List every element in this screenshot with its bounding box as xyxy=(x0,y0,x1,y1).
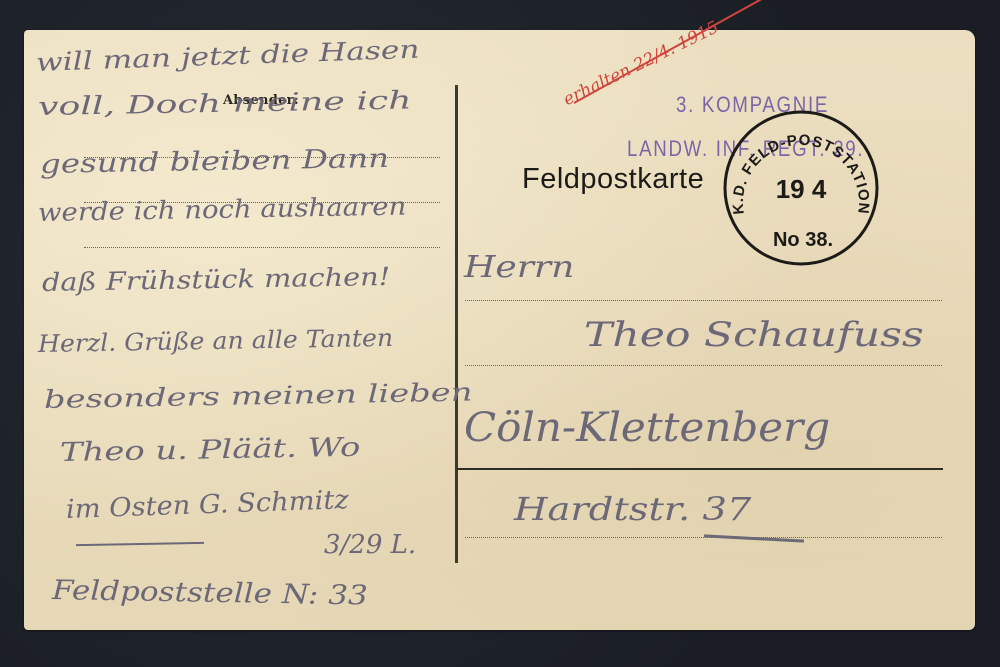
street-underline-mark xyxy=(704,534,804,542)
postmark-number: No 38. xyxy=(773,229,833,251)
message-line: besonders meinen lieben xyxy=(44,378,473,414)
message-line: 3/29 L. xyxy=(324,530,416,560)
postmark-icon: K.D. FELD-POSTSTATION 19 4 No 38. xyxy=(721,108,881,268)
underline-mark xyxy=(76,542,204,546)
postcard: Absender: will man jetzt die Hasen voll,… xyxy=(24,30,975,630)
message-line: voll, Doch meine ich xyxy=(38,85,412,121)
address-city: Cöln-Klettenberg xyxy=(464,405,830,451)
message-line: im Osten G. Schmitz xyxy=(65,485,349,525)
address-name: Theo Schaufuss xyxy=(584,315,924,355)
message-line: Feldpoststelle N: 33 xyxy=(52,575,368,612)
address-salutation: Herrn xyxy=(464,250,574,285)
card-title: Feldpostkarte xyxy=(522,163,704,196)
message-line: gesund bleiben Dann xyxy=(40,144,390,180)
message-line: daß Frühstück machen! xyxy=(42,262,391,297)
address-line-2 xyxy=(465,365,942,366)
postmark-stamp: K.D. FELD-POSTSTATION 19 4 No 38. xyxy=(721,108,881,268)
postmark-date: 19 4 xyxy=(776,174,827,204)
message-line: werde ich noch aushaaren xyxy=(38,192,407,227)
address-street: Hardtstr. 37 xyxy=(514,490,751,528)
message-line: Herzl. Grüße an alle Tanten xyxy=(38,324,394,358)
address-line-1 xyxy=(465,300,942,301)
center-divider xyxy=(455,85,458,563)
message-line: will man jetzt die Hasen xyxy=(35,35,419,77)
sender-line-3 xyxy=(84,247,440,248)
message-line: Theo u. Pläät. Wo xyxy=(60,433,361,468)
address-line-3 xyxy=(457,468,943,470)
